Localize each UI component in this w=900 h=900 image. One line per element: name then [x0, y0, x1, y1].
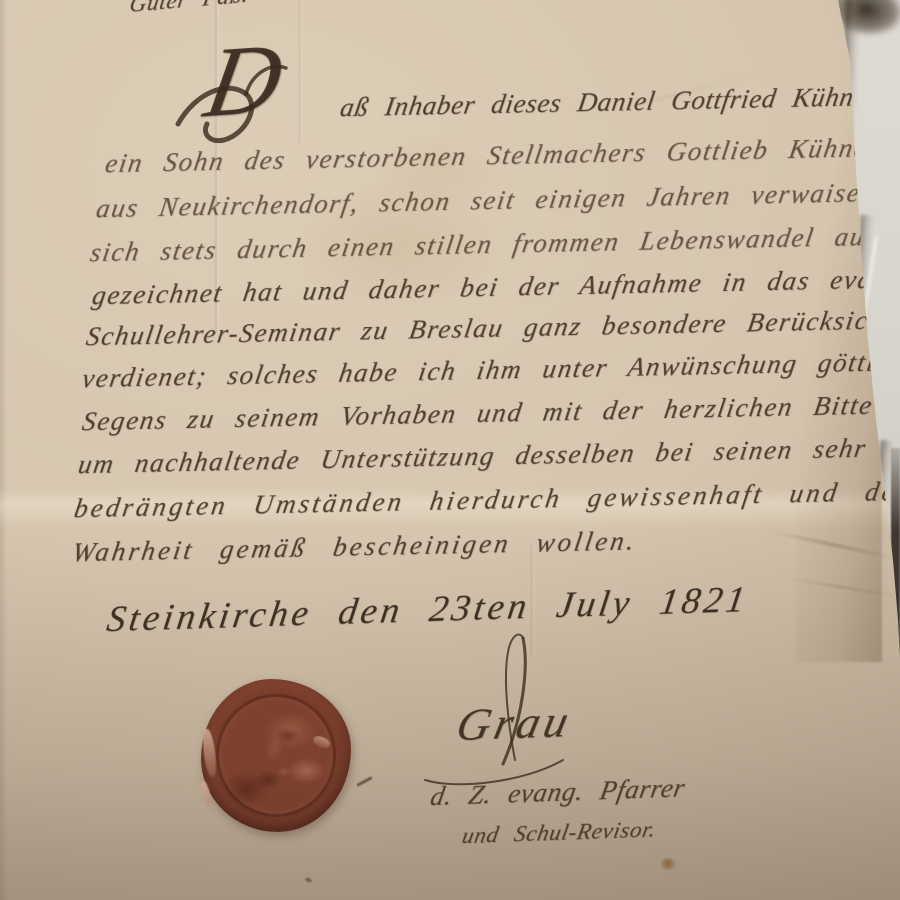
handwriting-line: sich stets durch einen stillen frommen L… [88, 220, 890, 268]
handwriting-line: gezeichnet hat und daher bei der Aufnahm… [90, 261, 900, 311]
handwriting-line: um nachhaltende Unterstützung desselben … [76, 433, 869, 480]
stain-spot [661, 858, 676, 870]
ink-mark [356, 776, 372, 787]
document-paper: Guter Paß. D aß Inhaber dieses Daniel Go… [0, 0, 900, 900]
header-line: Guter Paß. [128, 0, 250, 18]
photo: Guter Paß. D aß Inhaber dieses Daniel Go… [0, 0, 900, 900]
handwriting-line: aus Neukirchendorf, schon seit einigen J… [94, 177, 881, 224]
handwriting-line: Schullehrer-Seminar zu Breslau ganz beso… [84, 303, 900, 352]
ink-speck [305, 877, 313, 883]
signature-title-line: und Schul-Revisor. [460, 816, 658, 849]
handwriting-line: Segens zu seinem Vorhaben und mit der he… [80, 390, 875, 437]
wax-seal-relief [227, 705, 325, 806]
wax-seal [201, 679, 351, 832]
handwriting-line: verdienet; solches habe ich ihm unter An… [80, 345, 900, 394]
handwriting-line: Wahrheit gemäß bescheinigen wollen. [70, 525, 639, 568]
wax-seal-highlight [199, 780, 212, 807]
handwriting-line: bedrängten Umständen hierdurch gewissenh… [72, 476, 900, 524]
signature-name: Grau [452, 694, 577, 751]
initial-flourish [170, 58, 340, 148]
